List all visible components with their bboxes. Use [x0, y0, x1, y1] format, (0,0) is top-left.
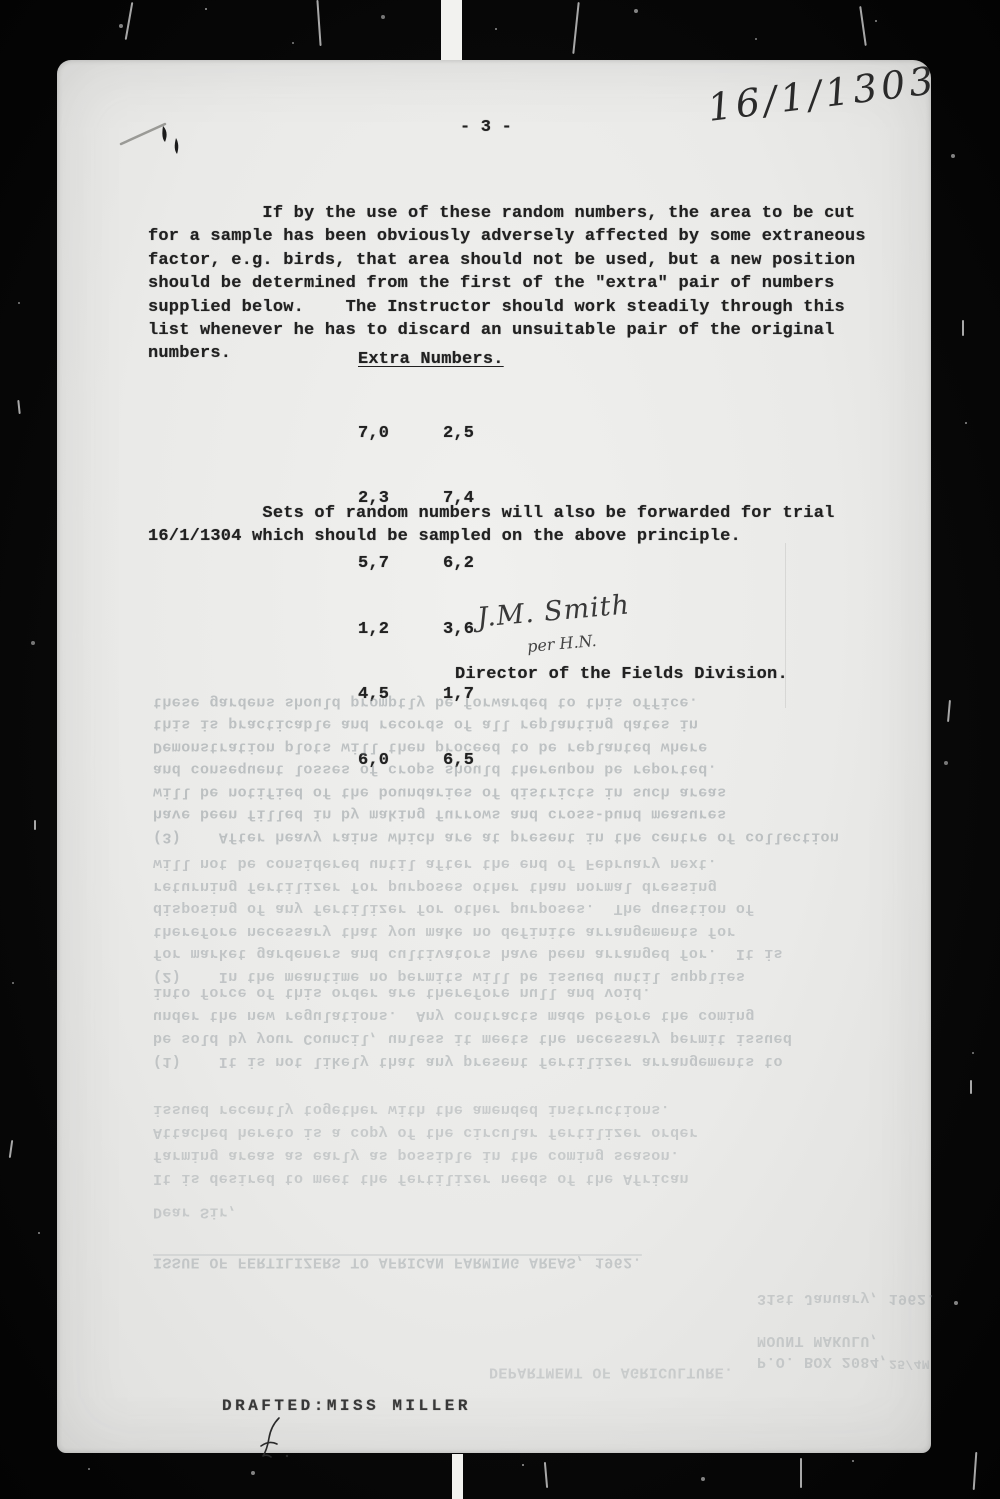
page-number: - 3 - — [460, 118, 512, 137]
pair-cell: 7,0 — [358, 423, 443, 445]
paragraph-random-numbers: If by the use of these random numbers, t… — [148, 202, 866, 366]
table-row: 5,76,2 — [358, 553, 474, 575]
film-scratch — [947, 700, 951, 722]
pair-cell: 1,2 — [358, 619, 443, 641]
signatory-title: Director of the Fields Division. — [455, 665, 788, 684]
film-scratch — [17, 400, 20, 414]
pair-cell: 2,5 — [443, 424, 474, 443]
signature-per: per H.N. — [526, 631, 597, 656]
bleedthrough-subject-line: ISSUE OF FERTILIZERS TO AFRICAN FARMING … — [153, 1250, 923, 1273]
pencil-initial — [257, 1416, 297, 1461]
film-scratch — [962, 320, 964, 336]
film-scratch — [544, 1462, 548, 1488]
film-gap-bottom — [452, 1454, 463, 1499]
bleedthrough-paragraph-2: (2) In the meantime no permits will be i… — [153, 852, 923, 987]
pair-cell: 5,7 — [358, 553, 443, 575]
film-scratch — [973, 1452, 978, 1490]
film-gap-top — [441, 0, 462, 61]
microfilm-frame: - 3 - 16/1/1303 If by the use of these r… — [0, 0, 1000, 1499]
paper-crease — [785, 543, 786, 708]
film-scratch — [572, 2, 579, 54]
extra-numbers-heading: Extra Numbers. — [358, 350, 504, 369]
film-scratch — [859, 6, 867, 46]
film-scratch — [316, 0, 321, 46]
handwritten-reference: 16/1/1303 — [705, 58, 939, 130]
bleedthrough-intro: It is desired to meet the fertilizer nee… — [153, 1098, 923, 1190]
signature-handwritten: J.M. Smith — [476, 589, 631, 633]
paragraph-sets-forwarded: Sets of random numbers will also be forw… — [148, 502, 835, 549]
bleedthrough-paragraph-1: (1) It is not likely that any present fe… — [153, 981, 923, 1073]
film-scratch — [800, 1458, 802, 1488]
pair-cell: 6,2 — [443, 554, 474, 573]
film-scratch — [34, 820, 36, 830]
drafted-by-line: DRAFTED:MISS MILLER — [222, 1397, 471, 1415]
pencil-mark — [119, 112, 189, 162]
table-row: 1,23,6 — [358, 619, 474, 641]
bleedthrough-paragraph-3: (3) After heavy rains which are at prese… — [153, 690, 923, 848]
bleedthrough-department-line: DEPARTMENT OF AGRICULTURE. — [489, 1360, 1000, 1383]
film-scratch — [125, 2, 134, 40]
pair-cell: 3,6 — [443, 620, 474, 639]
table-row: 7,02,5 — [358, 423, 474, 445]
film-scratch — [9, 1140, 13, 1158]
bleedthrough-salutation: Dear Sir, — [153, 1200, 923, 1223]
film-scratch — [970, 1080, 972, 1094]
document-page: - 3 - 16/1/1303 If by the use of these r… — [57, 60, 931, 1453]
